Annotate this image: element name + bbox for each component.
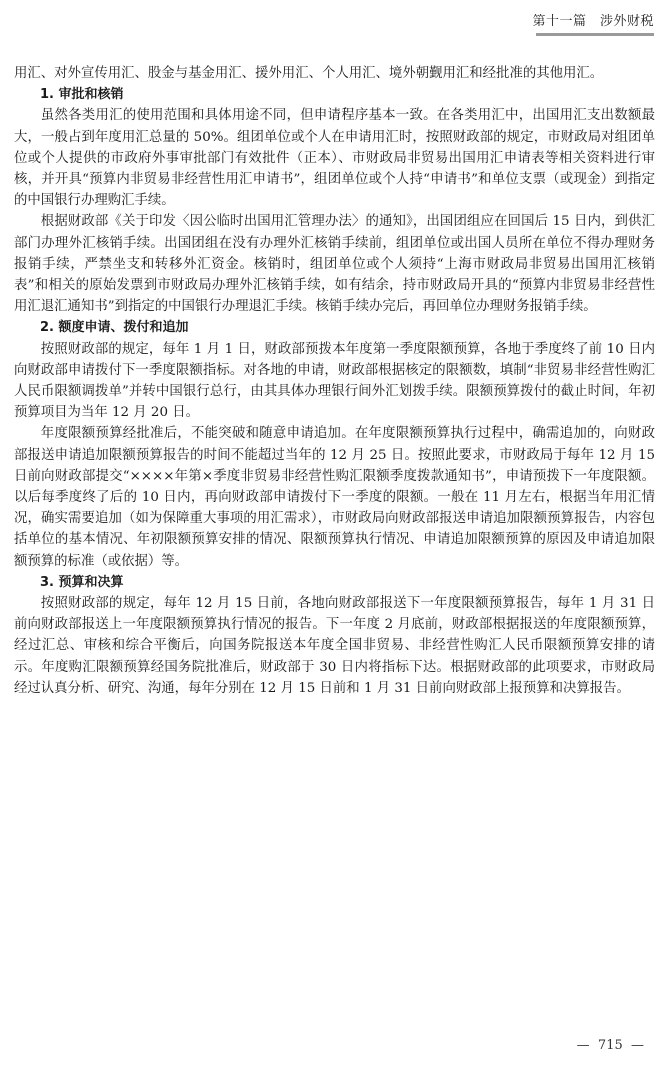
page-number: — 715 — bbox=[577, 1038, 644, 1053]
running-header: 第十一篇 涉外财税 bbox=[532, 10, 654, 36]
paragraph: 虽然各类用汇的使用范围和具体用途不同，但申请程序基本一致。在各类用汇中，出国用汇… bbox=[14, 105, 655, 211]
page-body: 用汇、对外宣传用汇、股金与基金用汇、援外用汇、个人用汇、境外朝觐用汇和经批准的其… bbox=[14, 63, 655, 699]
paragraph: 年度限额预算经批准后，不能突破和随意申请追加。在年度限额预算执行过程中，确需追加… bbox=[14, 423, 655, 571]
paragraph: 按照财政部的规定，每年 12 月 15 日前，各地向财政部报送下一年度限额预算报… bbox=[14, 593, 655, 699]
section-heading-2: 2. 额度申请、拨付和追加 bbox=[14, 317, 655, 338]
paragraph: 按照财政部的规定，每年 1 月 1 日，财政部预拨本年度第一季度限额预算，各地于… bbox=[14, 339, 655, 424]
chapter-title: 第十一篇 涉外财税 bbox=[532, 10, 654, 29]
section-heading-1: 1. 审批和核销 bbox=[14, 84, 655, 105]
header-rule bbox=[536, 33, 654, 36]
paragraph: 根据财政部《关于印发〈因公临时出国用汇管理办法〉的通知》，出国团组应在回国后 1… bbox=[14, 211, 655, 317]
section-heading-3: 3. 预算和决算 bbox=[14, 572, 655, 593]
continuation-paragraph: 用汇、对外宣传用汇、股金与基金用汇、援外用汇、个人用汇、境外朝觐用汇和经批准的其… bbox=[14, 63, 655, 84]
